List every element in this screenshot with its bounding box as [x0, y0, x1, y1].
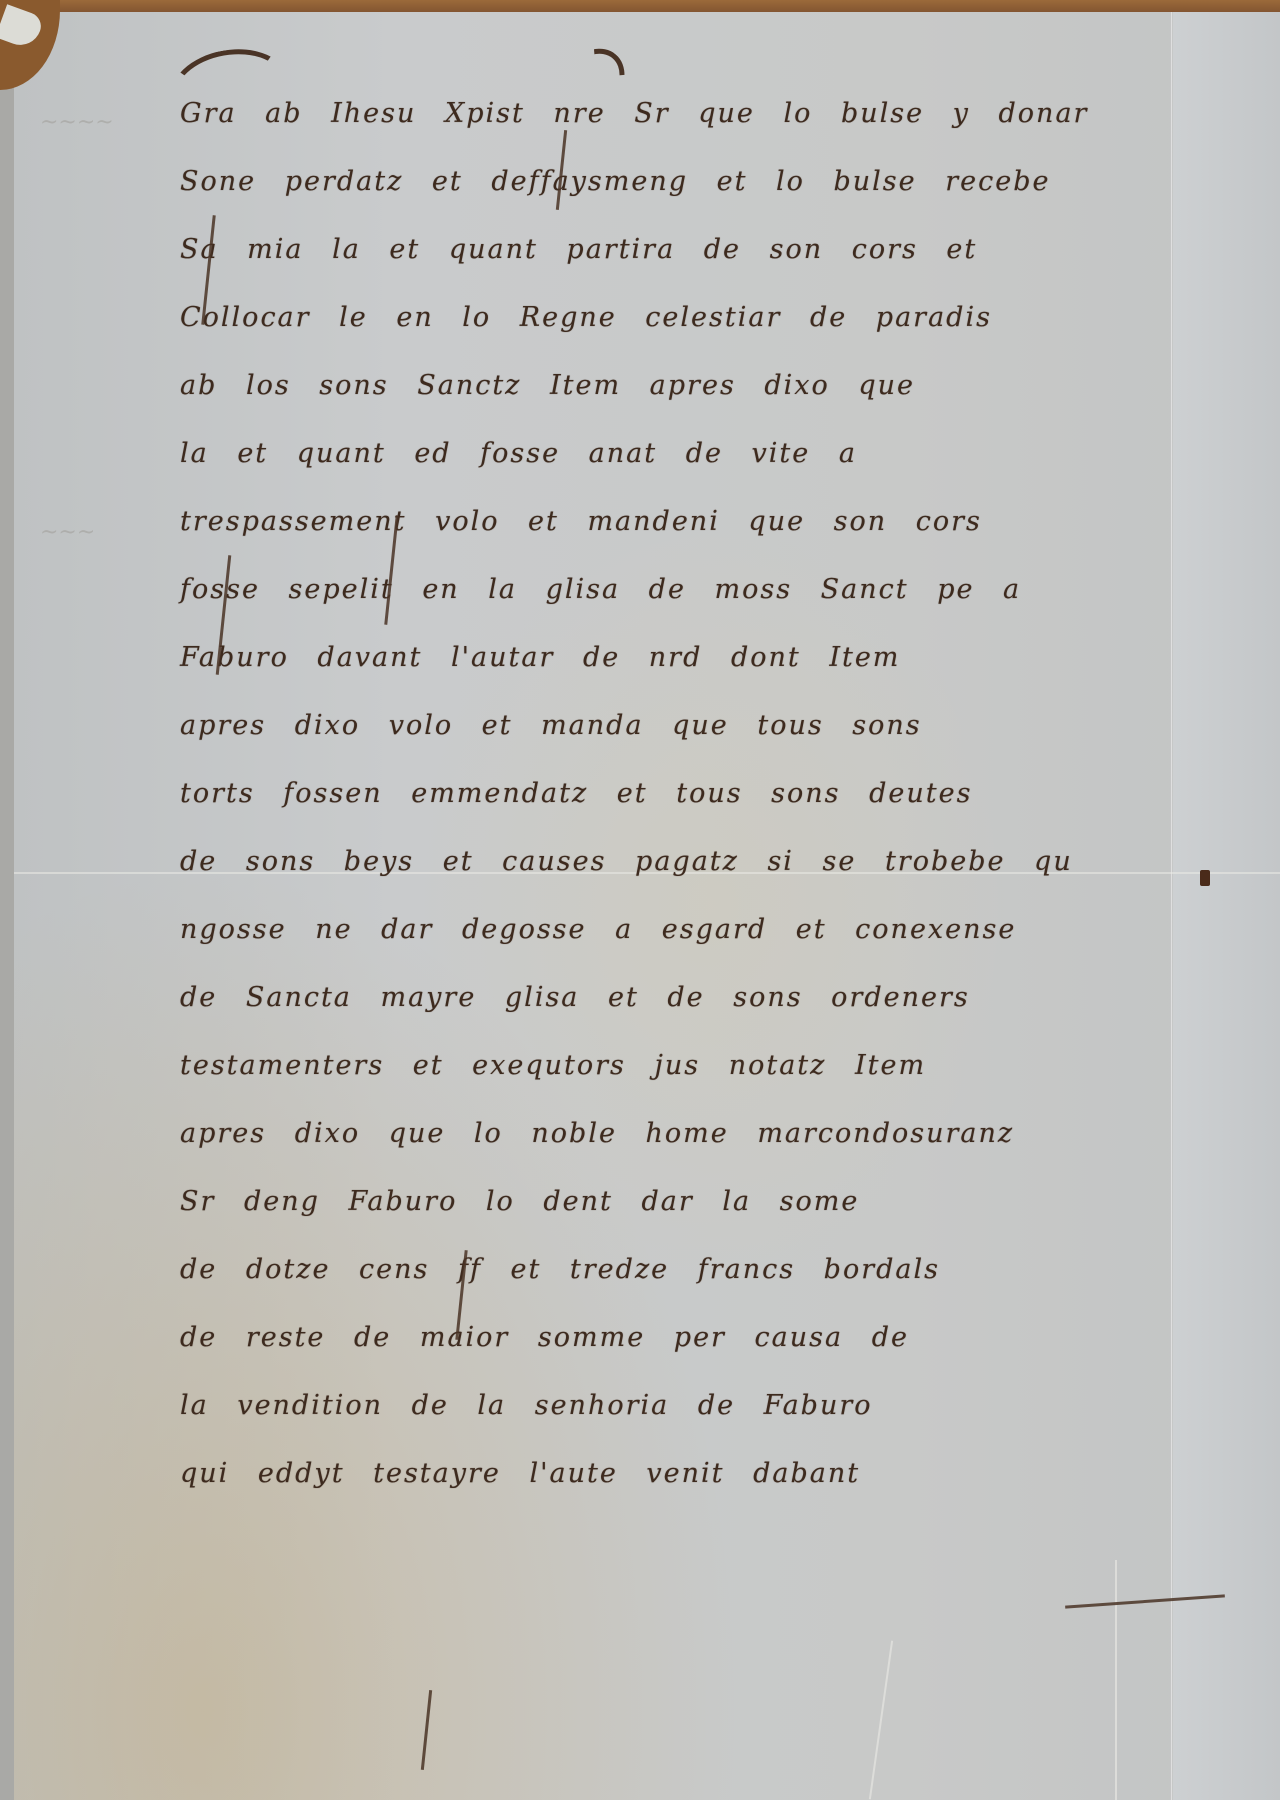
manuscript-line: apres dixo volo et manda que tous sons	[180, 692, 1170, 760]
vertical-fold-line	[1170, 12, 1173, 1800]
folded-right-panel	[1173, 12, 1280, 1800]
paper-crease	[1115, 1560, 1117, 1800]
manuscript-line: testamenters et exequtors jus notatz Ite…	[180, 1032, 1170, 1100]
manuscript-line: ngosse ne dar degosse a esgard et conexe…	[180, 896, 1170, 964]
manuscript-line: de reste de maior somme per causa de	[180, 1304, 1170, 1372]
manuscript-line: Sone perdatz et deffaysmeng et lo bulse …	[180, 148, 1170, 216]
manuscript-line: Collocar le en lo Regne celestiar de par…	[180, 284, 1170, 352]
ink-stain-mark	[1200, 870, 1210, 886]
manuscript-line: de Sancta mayre glisa et de sons ordener…	[180, 964, 1170, 1032]
manuscript-line: apres dixo que lo noble home marcondosur…	[180, 1100, 1170, 1168]
manuscript-line: torts fossen emmendatz et tous sons deut…	[180, 760, 1170, 828]
manuscript-line: de dotze cens ff et tredze francs bordal…	[180, 1236, 1170, 1304]
manuscript-line: Gra ab Ihesu Xpist nre Sr que lo bulse y…	[180, 80, 1170, 148]
manuscript-line: Faburo davant l'autar de nrd dont Item	[180, 624, 1170, 692]
manuscript-line: qui eddyt testayre l'aute venit dabant	[180, 1440, 1170, 1508]
manuscript-line: trespassement volo et mandeni que son co…	[180, 488, 1170, 556]
bleed-through-text: ~~~	[40, 520, 95, 545]
manuscript-line: Sr deng Faburo lo dent dar la some	[180, 1168, 1170, 1236]
manuscript-line: de sons beys et causes pagatz si se trob…	[180, 828, 1170, 896]
manuscript-line: la et quant ed fosse anat de vite a	[180, 420, 1170, 488]
manuscript-line: fosse sepelit en la glisa de moss Sanct …	[180, 556, 1170, 624]
manuscript-text: Gra ab Ihesu Xpist nre Sr que lo bulse y…	[180, 80, 1170, 1508]
bleed-through-text: ~~~~	[40, 110, 114, 135]
manuscript-line: la vendition de la senhoria de Faburo	[180, 1372, 1170, 1440]
manuscript-line: ab los sons Sanctz Item apres dixo que	[180, 352, 1170, 420]
manuscript-line: Sa mia la et quant partira de son cors e…	[180, 216, 1170, 284]
